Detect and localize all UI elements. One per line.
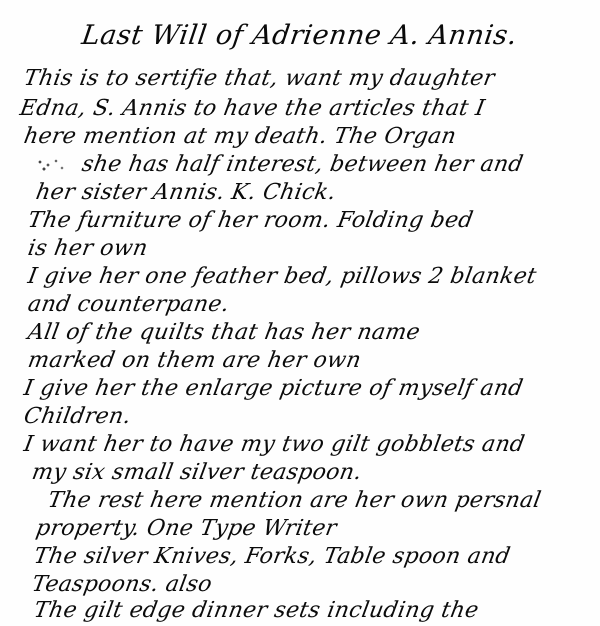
text-line-15: my six small silver teaspoon. xyxy=(30,460,364,485)
text-line-8: I give her one feather bed, pillows 2 bl… xyxy=(26,264,538,289)
text-line-13: Children. xyxy=(22,404,133,429)
text-line-3: here mention at my death. The Organ xyxy=(22,124,458,149)
document-title: Last Will of Adrienne A. Annis. xyxy=(80,20,519,51)
text-line-10: All of the quilts that has her name xyxy=(26,320,422,345)
text-line-18: The silver Knives, Forks, Table spoon an… xyxy=(32,544,512,569)
text-line-11: marked on them are her own xyxy=(26,348,363,373)
text-line-2: Edna, S. Annis to have the articles that… xyxy=(18,96,487,121)
text-line-9: and counterpane. xyxy=(26,292,231,317)
text-line-12: I give her the enlarge picture of myself… xyxy=(22,376,525,401)
text-line-17: property. One Type Writer xyxy=(34,516,339,541)
text-line-19: Teaspoons. also xyxy=(30,572,214,597)
text-line-16: The rest here mention are her own persna… xyxy=(46,488,543,513)
text-line-7: is her own xyxy=(26,236,150,261)
text-line-4: she has half interest, between her and xyxy=(80,152,525,177)
ink-smudge xyxy=(36,158,70,172)
text-line-5: her sister Annis. K. Chick. xyxy=(34,180,338,205)
text-line-20: The gilt edge dinner sets including the xyxy=(32,598,481,623)
text-line-1: This is to sertifie that, want my daught… xyxy=(22,66,497,91)
text-line-14: I want her to have my two gilt gobblets … xyxy=(22,432,527,457)
handwritten-will-page: Last Will of Adrienne A. Annis. This is … xyxy=(0,0,600,626)
text-line-6: The furniture of her room. Folding bed xyxy=(26,208,475,233)
